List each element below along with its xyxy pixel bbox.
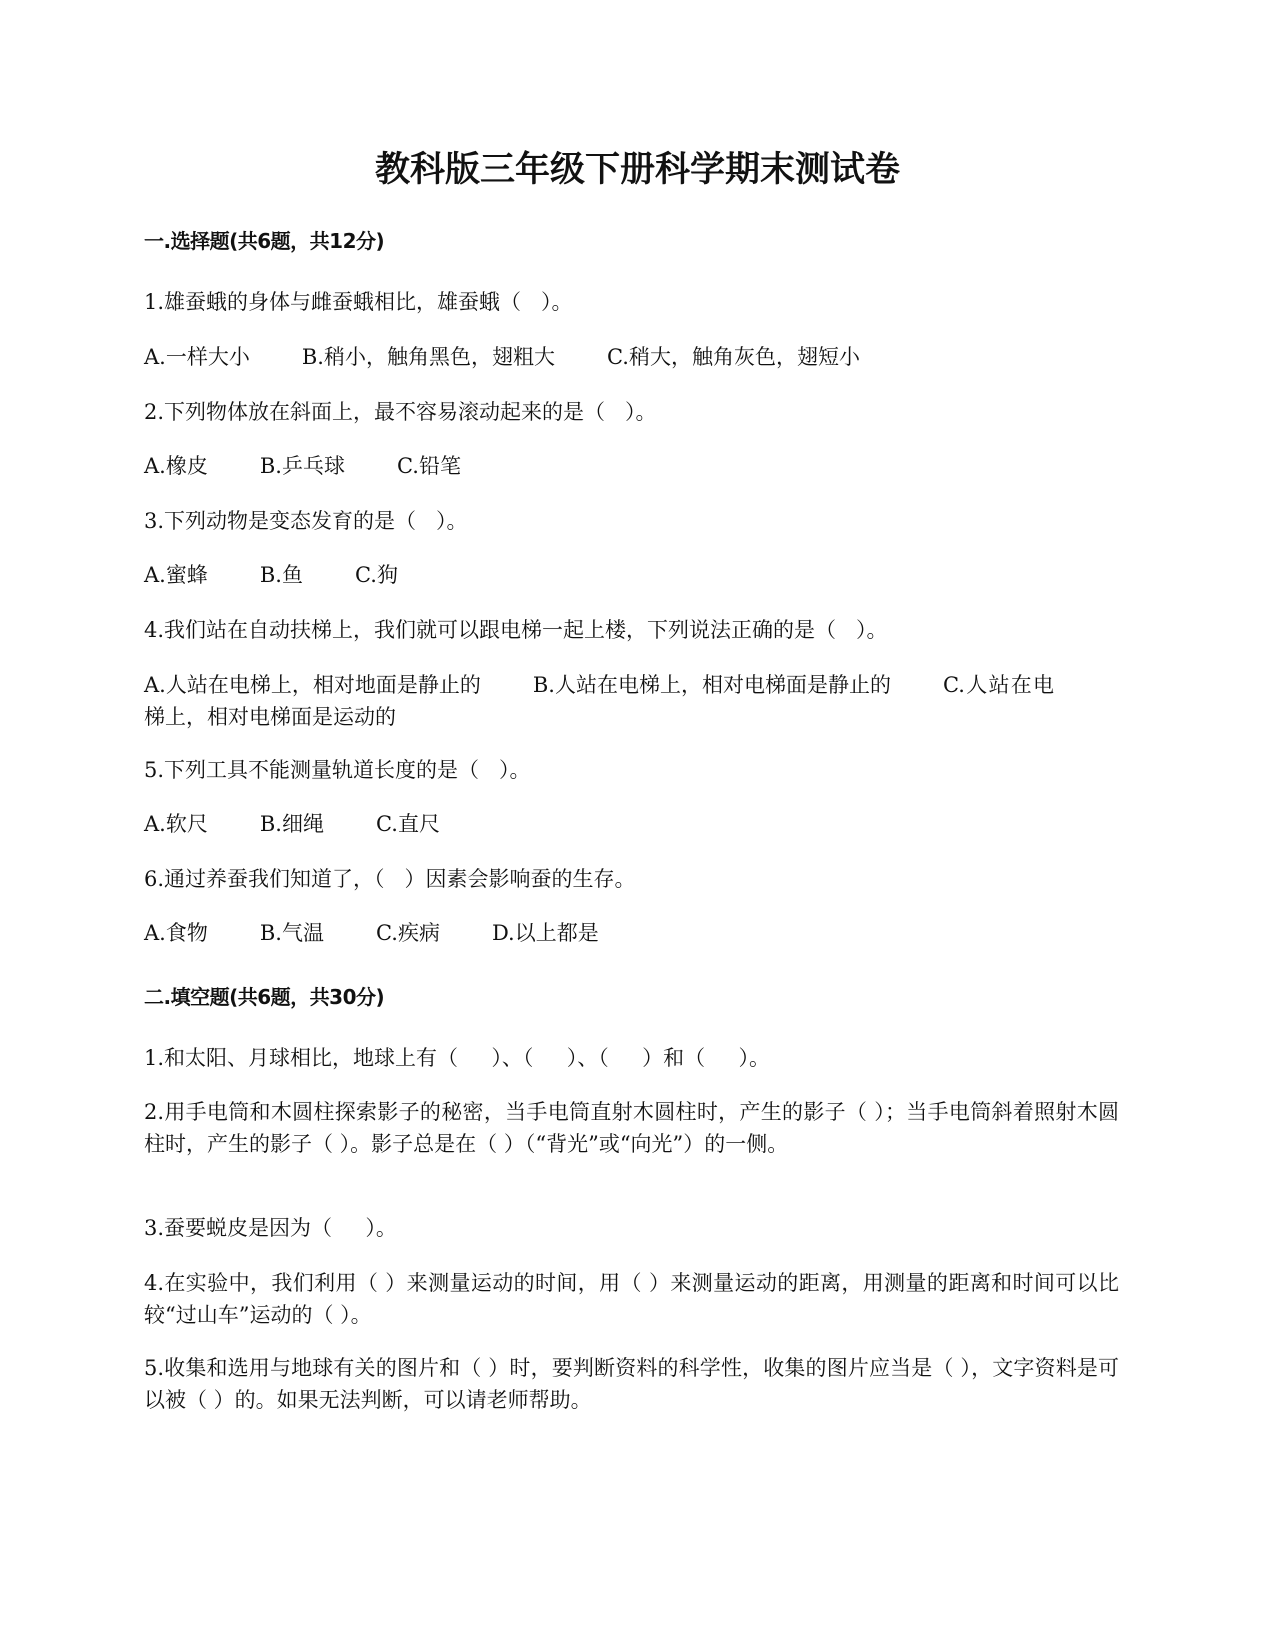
- option-a: A.食物: [144, 917, 208, 949]
- option-c: C.狗: [355, 559, 398, 591]
- blank-question-5: 5.收集和选用与地球有关的图片和（ ）时，要判断资料的科学性，收集的图片应当是（…: [144, 1352, 1119, 1416]
- option-a: A.软尺: [144, 808, 208, 840]
- option-b: B.稍小，触角黑色，翅粗大: [302, 341, 555, 373]
- options-question-2: A.橡皮B.乒乓球C.铅笔: [144, 450, 461, 482]
- option-d: D.以上都是: [492, 917, 599, 949]
- question-2: 2.下列物体放在斜面上，最不容易滚动起来的是（ ）。: [144, 396, 1124, 428]
- question-6: 6.通过养蚕我们知道了，（ ）因素会影响蚕的生存。: [144, 863, 1124, 895]
- option-a: A.蜜蜂: [144, 559, 208, 591]
- option-c: C.疾病: [376, 917, 440, 949]
- page-title: 教科版三年级下册科学期末测试卷: [0, 148, 1275, 192]
- question-5: 5.下列工具不能测量轨道长度的是（ ）。: [144, 754, 1124, 786]
- blank-question-2: 2.用手电筒和木圆柱探索影子的秘密，当手电筒直射木圆柱时，产生的影子（ ）；当手…: [144, 1096, 1119, 1160]
- section-heading-multiple-choice: 一.选择题(共6题，共12分): [144, 228, 384, 254]
- option-a: A.人站在电梯上，相对地面是静止的: [144, 669, 481, 701]
- question-1: 1.雄蚕蛾的身体与雌蚕蛾相比，雄蚕蛾（ ）。: [144, 286, 1124, 318]
- options-question-5: A.软尺B.细绳C.直尺: [144, 808, 440, 840]
- blank-question-1: 1.和太阳、月球相比，地球上有（ ）、（ ）、（ ）和（ ）。: [144, 1042, 1124, 1074]
- option-c: C.直尺: [376, 808, 440, 840]
- blank-question-3: 3.蚕要蜕皮是因为（ ）。: [144, 1212, 1124, 1244]
- options-question-1: A.一样大小B.稍小，触角黑色，翅粗大C.稍大，触角灰色，翅短小: [144, 341, 860, 373]
- options-question-6: A.食物B.气温C.疾病D.以上都是: [144, 917, 599, 949]
- options-question-3: A.蜜蜂B.鱼C.狗: [144, 559, 398, 591]
- section-heading-fill-in-blank: 二.填空题(共6题，共30分): [144, 984, 384, 1010]
- option-b: B.鱼: [260, 559, 303, 591]
- option-c: C.铅笔: [397, 450, 461, 482]
- option-b: B.乒乓球: [260, 450, 345, 482]
- exam-page: 教科版三年级下册科学期末测试卷 一.选择题(共6题，共12分) 1.雄蚕蛾的身体…: [0, 0, 1275, 1650]
- blank-question-4: 4.在实验中，我们利用（ ）来测量运动的时间，用（ ）来测量运动的距离，用测量的…: [144, 1267, 1119, 1331]
- option-b: B.气温: [260, 917, 324, 949]
- option-a: A.一样大小: [144, 341, 250, 373]
- option-b: B.人站在电梯上，相对电梯面是静止的: [533, 669, 891, 701]
- question-4: 4.我们站在自动扶梯上，我们就可以跟电梯一起上楼，下列说法正确的是（ ）。: [144, 614, 1124, 646]
- option-b: B.细绳: [260, 808, 324, 840]
- question-3: 3.下列动物是变态发育的是（ ）。: [144, 505, 1124, 537]
- option-a: A.橡皮: [144, 450, 208, 482]
- options-question-4: A.人站在电梯上，相对地面是静止的B.人站在电梯上，相对电梯面是静止的C.人站在…: [144, 669, 1054, 733]
- option-c: C.稍大，触角灰色，翅短小: [607, 341, 860, 373]
